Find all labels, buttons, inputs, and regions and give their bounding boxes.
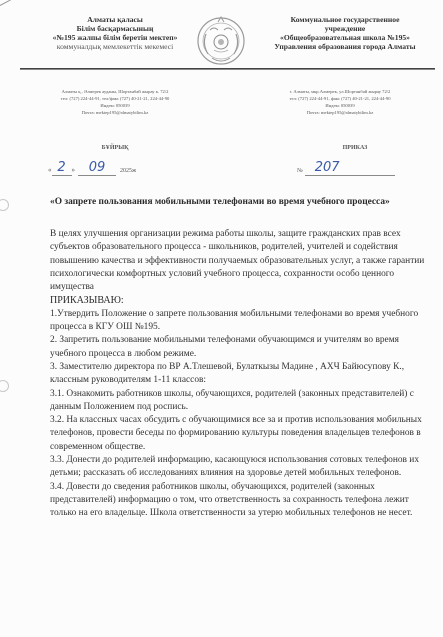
header-line: Управления образования города Алматы xyxy=(250,42,440,51)
date-year: 2025ж xyxy=(120,168,136,176)
header-line: «№195 жалпы білім беретін мектеп» xyxy=(30,33,200,42)
punch-hole xyxy=(0,380,9,392)
order-item: 3.1. Ознакомить работников школы, обучаю… xyxy=(50,388,430,415)
address-line: Алматы қ., Әлмерек ауданы, Шортанбай жыр… xyxy=(20,88,210,95)
address-line: Индекс 050039 xyxy=(20,102,210,109)
header-russian: Коммунальное государственное учреждение … xyxy=(250,15,440,51)
address-line: г. Алматы, мкр.Алмерек, ул.Шортанбай жыр… xyxy=(240,88,440,95)
order-number-value: 207 xyxy=(305,161,395,176)
order-item: 3. Заместителю директора по ВР А.Тлешево… xyxy=(50,361,430,388)
date-month: 09 xyxy=(78,161,116,176)
date-day: 2 xyxy=(52,161,72,176)
address-line: тел: (727) 224-44-91, факс (727) 40-21-2… xyxy=(240,95,440,102)
punch-hole xyxy=(0,199,9,211)
address-line: Индекс 050039 xyxy=(240,102,440,109)
order-item: 3.2. На классных часах обсудить с обучаю… xyxy=(50,414,430,454)
header-kazakh: Алматы қаласы Білім басқармасының «№195 … xyxy=(30,15,200,51)
address-russian: г. Алматы, мкр.Алмерек, ул.Шортанбай жыр… xyxy=(240,88,440,116)
order-label-kazakh: БҰЙРЫҚ xyxy=(80,145,150,151)
document-body: В целях улучшения организации режима раб… xyxy=(50,228,430,521)
header-line: Алматы қаласы xyxy=(30,15,200,24)
order-item: 1.Утвердить Положение о запрете пользова… xyxy=(50,308,430,335)
preamble: В целях улучшения организации режима раб… xyxy=(50,228,430,294)
number-sign: № xyxy=(297,168,303,176)
quote-close: » xyxy=(72,166,76,176)
header-line: коммуналдық мемлекеттік мекемесі xyxy=(30,42,200,51)
scan-mark xyxy=(0,0,18,6)
address-kazakh: Алматы қ., Әлмерек ауданы, Шортанбай жыр… xyxy=(20,88,210,116)
document-page: Алматы қаласы Білім басқармасының «№195 … xyxy=(0,0,443,637)
order-label-russian: ПРИКАЗ xyxy=(320,145,390,151)
order-item: 3.3. Донести до родителей информацию, ка… xyxy=(50,454,430,481)
order-item: 3.4. Довести до сведения работников школ… xyxy=(50,481,430,521)
address-line: Почта: mektep195@almatybilim.kz xyxy=(20,109,210,116)
header-line: «Общеобразовательная школа №195» xyxy=(250,33,440,42)
header-line: Білім басқармасының xyxy=(30,24,200,33)
document-title: «О запрете пользования мобильными телефо… xyxy=(50,196,430,209)
order-item: 2. Запретить пользование мобильными теле… xyxy=(50,334,430,361)
address-line: Почта: mektep195@almatybilim.kz xyxy=(240,109,440,116)
order-directive: ПРИКАЗЫВАЮ: xyxy=(50,294,430,307)
header-line: Коммунальное государственное xyxy=(250,15,440,24)
state-emblem-icon xyxy=(194,14,248,66)
header-divider xyxy=(20,68,435,70)
order-number: № 207 xyxy=(297,158,395,176)
address-line: тел: (727) 224-44-91, тел/факс (727) 40-… xyxy=(20,95,210,102)
order-date: « 2 » 09 2025ж xyxy=(48,158,136,176)
header-line: учреждение xyxy=(250,24,440,33)
